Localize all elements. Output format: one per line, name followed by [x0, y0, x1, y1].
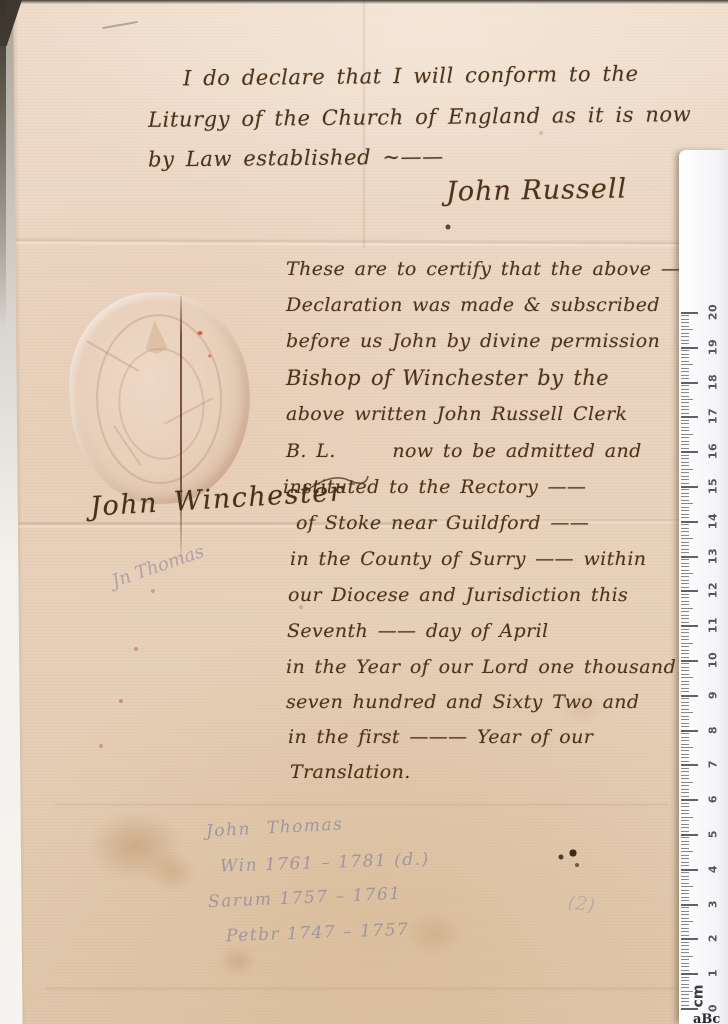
ruler-tick [681, 476, 689, 477]
ruler-tick [681, 625, 698, 627]
ruler-tick [681, 935, 689, 936]
ruler-tick [681, 455, 689, 456]
certification-line: of Stoke near Guildford —— [296, 512, 589, 534]
ruler-tick [681, 458, 689, 459]
ruler-tick [681, 747, 693, 748]
ruler-tick [681, 465, 689, 466]
ruler-number: 18 [707, 372, 720, 392]
declaration-line: by Law established ~—— [148, 144, 444, 171]
ruler-number: 13 [707, 546, 720, 566]
ruler-tick [681, 448, 689, 449]
ruler-number: 4 [707, 859, 720, 879]
ruler-tick [681, 803, 689, 804]
ruler-tick [681, 416, 698, 418]
ruler-tick [681, 441, 689, 442]
ruler-tick [681, 688, 689, 689]
ruler-tick [681, 507, 689, 508]
ruler-tick [681, 942, 689, 943]
ruler-tick [681, 503, 693, 504]
ruler-tick [681, 817, 693, 818]
ruler-tick [681, 399, 693, 400]
ruler-tick [681, 618, 689, 619]
ruler-tick [681, 931, 689, 932]
ruler-tick [681, 556, 698, 558]
certification-line: before us John by divine permission [286, 330, 660, 352]
ruler-tick [681, 326, 689, 327]
ruler-tick [681, 691, 689, 692]
ruler-tick [681, 663, 689, 664]
ruler-tick [681, 660, 698, 662]
ruler-tick [681, 364, 693, 365]
ruler-number: 10 [707, 650, 720, 670]
ruler-tick [681, 382, 698, 384]
ruler-tick [681, 907, 689, 908]
ruler-tick [681, 879, 689, 880]
ruler-tick [681, 893, 689, 894]
stain [220, 946, 256, 976]
ruler-tick [681, 563, 689, 564]
ruler-tick [681, 914, 689, 915]
ruler-tick [681, 437, 689, 438]
ruler-tick [681, 956, 693, 957]
ruler-tick [681, 573, 693, 574]
ruler-tick [681, 570, 689, 571]
certification-line: seven hundred and Sixty Two and [286, 691, 640, 713]
ruler-tick [681, 810, 689, 811]
ruler-number: 16 [707, 441, 720, 461]
ruler-tick [681, 552, 689, 553]
ruler-tick [681, 336, 689, 337]
pencil-check-mark [102, 21, 138, 29]
ruler-tick [681, 329, 693, 330]
ruler-tick [681, 820, 689, 821]
ruler-tick [681, 921, 693, 922]
ruler-tick [681, 444, 689, 445]
ruler-tick [681, 730, 698, 732]
ruler-tick [681, 970, 689, 971]
ruler-tick [681, 865, 689, 866]
ruler-number: 12 [707, 580, 720, 600]
declaration-line: Liturgy of the Church of England as it i… [148, 102, 692, 132]
ruler-tick [681, 650, 689, 651]
ruler-tick [681, 420, 689, 421]
ruler-tick [681, 761, 689, 762]
ruler-tick [681, 994, 689, 995]
ruler-tick [681, 312, 698, 314]
ruler-tick [681, 514, 689, 515]
ruler-tick [681, 1005, 689, 1006]
ruler-tick [681, 396, 689, 397]
ruler-tick [681, 806, 689, 807]
ruler-number: 3 [707, 894, 720, 914]
ruler-tick [681, 423, 689, 424]
ruler-tick [681, 949, 689, 950]
ruler-tick [681, 590, 698, 592]
ruler-tick [681, 667, 689, 668]
ruler-tick [681, 792, 689, 793]
ruler-tick [681, 876, 689, 877]
ruler-tick [681, 375, 689, 376]
ruler-number: 20 [707, 302, 720, 322]
ruler-tick [681, 413, 689, 414]
ruler-tick [681, 657, 689, 658]
ruler-tick [681, 834, 698, 836]
fold-crease-horizontal [55, 802, 668, 807]
ruler-tick [681, 698, 689, 699]
ruler-tick [681, 841, 689, 842]
ruler-tick [681, 677, 693, 678]
ruler-tick [681, 824, 689, 825]
ruler-tick [681, 737, 689, 738]
ruler-tick [681, 542, 689, 543]
ruler-number: 5 [707, 824, 720, 844]
ruler-tick [681, 587, 689, 588]
scan-edge-top [0, 0, 728, 4]
ruler-tick [681, 1001, 689, 1002]
ruler-tick [681, 684, 689, 685]
ruler-tick [681, 883, 689, 884]
ruler-tick [681, 646, 689, 647]
ruler-tick [681, 855, 689, 856]
ruler-tick [681, 343, 689, 344]
ruler-tick [681, 928, 689, 929]
ruler-tick [681, 580, 689, 581]
ruler-tick [681, 785, 689, 786]
ruler-number: 7 [707, 754, 720, 774]
ruler-tick [681, 719, 689, 720]
ruler-number: 15 [707, 476, 720, 496]
ruler-tick [681, 799, 698, 801]
ruler-tick [681, 594, 689, 595]
ruler-tick [681, 911, 689, 912]
ruler-tick [681, 973, 698, 975]
ruler-tick [681, 966, 689, 967]
ruler-number: 19 [707, 337, 720, 357]
ruler-tick [681, 500, 689, 501]
ruler-tick [681, 778, 689, 779]
pencil-note: Sarum 1757 – 1761 [208, 884, 402, 912]
ruler-tick [681, 848, 689, 849]
ruler-number: 2 [707, 928, 720, 948]
ruler-tick [681, 858, 689, 859]
ruler-tick [681, 837, 689, 838]
ruler-tick [681, 723, 689, 724]
ruler-tick [681, 924, 689, 925]
ruler-tick [681, 340, 689, 341]
ruler-tick [681, 524, 689, 525]
ruler-tick [681, 709, 689, 710]
ruler-tick [681, 900, 689, 901]
ruler-tick [681, 385, 689, 386]
ruler-tick [681, 622, 689, 623]
certification-line: in the first ——— Year of our [288, 726, 593, 748]
ruler-tick [681, 615, 689, 616]
ruler-tick [681, 427, 689, 428]
embossed-wax-seal [63, 286, 257, 510]
paper-left-edge [9, 0, 25, 1024]
ruler-tick [681, 872, 689, 873]
ruler-tick [681, 611, 689, 612]
ruler-tick [681, 987, 689, 988]
ruler-tick [681, 959, 689, 960]
ruler-tick [681, 322, 689, 323]
ruler-tick [681, 472, 689, 473]
ruler-tick [681, 378, 689, 379]
fold-crease-horizontal [14, 237, 728, 247]
ruler-tick [681, 716, 689, 717]
ruler-tick [681, 496, 689, 497]
ruler-tick [681, 406, 689, 407]
ruler-tick [681, 764, 698, 766]
ruler-tick [681, 361, 689, 362]
pencil-side-mark: (2) [567, 891, 597, 917]
ruler-tick [681, 695, 698, 697]
certification-line: Translation. [290, 761, 411, 783]
ruler-number: 8 [707, 720, 720, 740]
ruler-tick [681, 775, 689, 776]
ruler-tick [681, 389, 689, 390]
certification-line: These are to certify that the above — [286, 258, 680, 280]
ruler-number: 1 [707, 963, 720, 983]
ruler-tick [681, 831, 689, 832]
ruler-tick [681, 998, 689, 999]
fold-crease-horizontal [45, 986, 678, 991]
ruler-tick [681, 757, 689, 758]
ruler-tick [681, 350, 689, 351]
scanned-document-photo: I do declare that I will conform to the … [0, 0, 728, 1024]
ruler-tick [681, 489, 689, 490]
russell-signature: John Russell [446, 173, 628, 207]
ruler-tick [681, 984, 689, 985]
ruler-tick [681, 726, 689, 727]
ruler-tick [681, 604, 689, 605]
ruler-tick [681, 705, 689, 706]
ruler-tick [681, 608, 693, 609]
ruler-tick [681, 517, 689, 518]
ruler-tick [681, 371, 689, 372]
ruler-tick [681, 531, 689, 532]
ruler-tick [681, 670, 689, 671]
ruler-tick [681, 980, 689, 981]
ruler-tick [681, 754, 689, 755]
certification-line: our Diocese and Jurisdiction this [288, 584, 628, 606]
ruler-tick [681, 493, 689, 494]
ruler-tick [681, 583, 689, 584]
ruler-tick [681, 409, 689, 410]
scan-edge-left [0, 0, 6, 330]
ruler-tick [681, 938, 698, 940]
ruler-tick [681, 430, 689, 431]
ruler-tick [681, 368, 689, 369]
ruler-tick [681, 451, 698, 453]
ruler-tick [681, 744, 689, 745]
ruler-tick [681, 545, 689, 546]
ruler-tick [681, 632, 689, 633]
ruler-tick [681, 333, 689, 334]
ruler-number: 14 [707, 511, 720, 531]
ruler-tick [681, 733, 689, 734]
ruler-tick [681, 918, 689, 919]
ruler-tick [681, 796, 689, 797]
ruler-tick [681, 952, 689, 953]
ruler-tick [681, 601, 689, 602]
ruler-number: 6 [707, 789, 720, 809]
ruler-tick [681, 963, 689, 964]
ruler-tick [681, 702, 689, 703]
stain [88, 810, 183, 882]
ruler-tick [681, 869, 698, 871]
paper-sheet: I do declare that I will conform to the … [0, 0, 728, 1024]
ruler-number: 17 [707, 406, 720, 426]
ruler-tick [681, 483, 689, 484]
ruler-tick [681, 629, 689, 630]
ruler-tick [681, 636, 689, 637]
ruler-tick [681, 643, 693, 644]
ruler-tick [681, 357, 689, 358]
ruler-tick [681, 851, 693, 852]
pencil-note: Win 1761 – 1781 (d.) [220, 849, 430, 876]
certification-line: B. L. now to be admitted and [286, 440, 642, 462]
certification-line: Declaration was made & subscribed [286, 294, 660, 316]
pencil-note: John Thomas [206, 814, 344, 841]
ruler-tick [681, 559, 689, 560]
stain [148, 852, 196, 892]
ruler-tick [681, 768, 689, 769]
measuring-ruler: 01234567891011121314151617181920 cm aBc [679, 150, 728, 1024]
ruler-tick [681, 681, 689, 682]
ruler-number: 9 [707, 685, 720, 705]
ruler-tick [681, 549, 689, 550]
ruler-number: 11 [707, 615, 720, 635]
ruler-tick [681, 319, 689, 320]
ruler-tick [681, 789, 689, 790]
ruler-tick [681, 510, 689, 511]
ruler-tick [681, 392, 689, 393]
ruler-tick [681, 653, 689, 654]
ruler-tick [681, 890, 689, 891]
certification-line: Bishop of Winchester by the [286, 366, 609, 390]
ruler-tick [681, 897, 689, 898]
certification-line: above written John Russell Clerk [286, 403, 627, 425]
ruler-tick [681, 1008, 698, 1010]
ruler-bottom-text: aBc [693, 1012, 720, 1024]
ruler-tick [681, 479, 689, 480]
ruler-tick [681, 469, 693, 470]
ruler-tick [681, 566, 689, 567]
ruler-unit-label: cm [690, 985, 706, 1008]
signature-flourish [300, 470, 370, 500]
ruler-tick [681, 538, 693, 539]
faint-pencil-inscription: Jn Thomas [109, 541, 207, 592]
ruler-tick [681, 862, 689, 863]
ruler-tick [681, 750, 689, 751]
ruler-tick [681, 521, 698, 523]
certification-line: in the Year of our Lord one thousand [286, 656, 676, 678]
ruler-tick [681, 434, 693, 435]
ruler-tick [681, 977, 689, 978]
ruler-tick [681, 782, 693, 783]
ruler-tick [681, 740, 689, 741]
ruler-tick [681, 486, 698, 488]
ruler-tick [681, 844, 689, 845]
ruler-tick [681, 597, 689, 598]
ruler-tick [681, 354, 689, 355]
declaration-line: I do declare that I will conform to the [183, 62, 639, 91]
ruler-tick [681, 813, 689, 814]
ruler-tick [681, 576, 689, 577]
pencil-note: Petbr 1747 – 1757 [226, 920, 410, 946]
stain [405, 912, 463, 956]
certification-line: in the County of Surry —— within [290, 548, 646, 570]
certification-line: Seventh —— day of April [287, 620, 549, 642]
ruler-tick [681, 347, 698, 349]
ruler-tick [681, 945, 689, 946]
ruler-tick [681, 528, 689, 529]
ruler-tick [681, 886, 693, 887]
ruler-tick [681, 535, 689, 536]
ruler-tick [681, 402, 689, 403]
ruler-tick [681, 462, 689, 463]
ruler-tick [681, 904, 698, 906]
ruler-tick [681, 827, 689, 828]
ruler-tick [681, 712, 693, 713]
seal-crack-line [180, 296, 182, 564]
ruler-tick [681, 674, 689, 675]
ruler-tick [681, 315, 689, 316]
ruler-tick [681, 771, 689, 772]
ruler-tick [681, 639, 689, 640]
